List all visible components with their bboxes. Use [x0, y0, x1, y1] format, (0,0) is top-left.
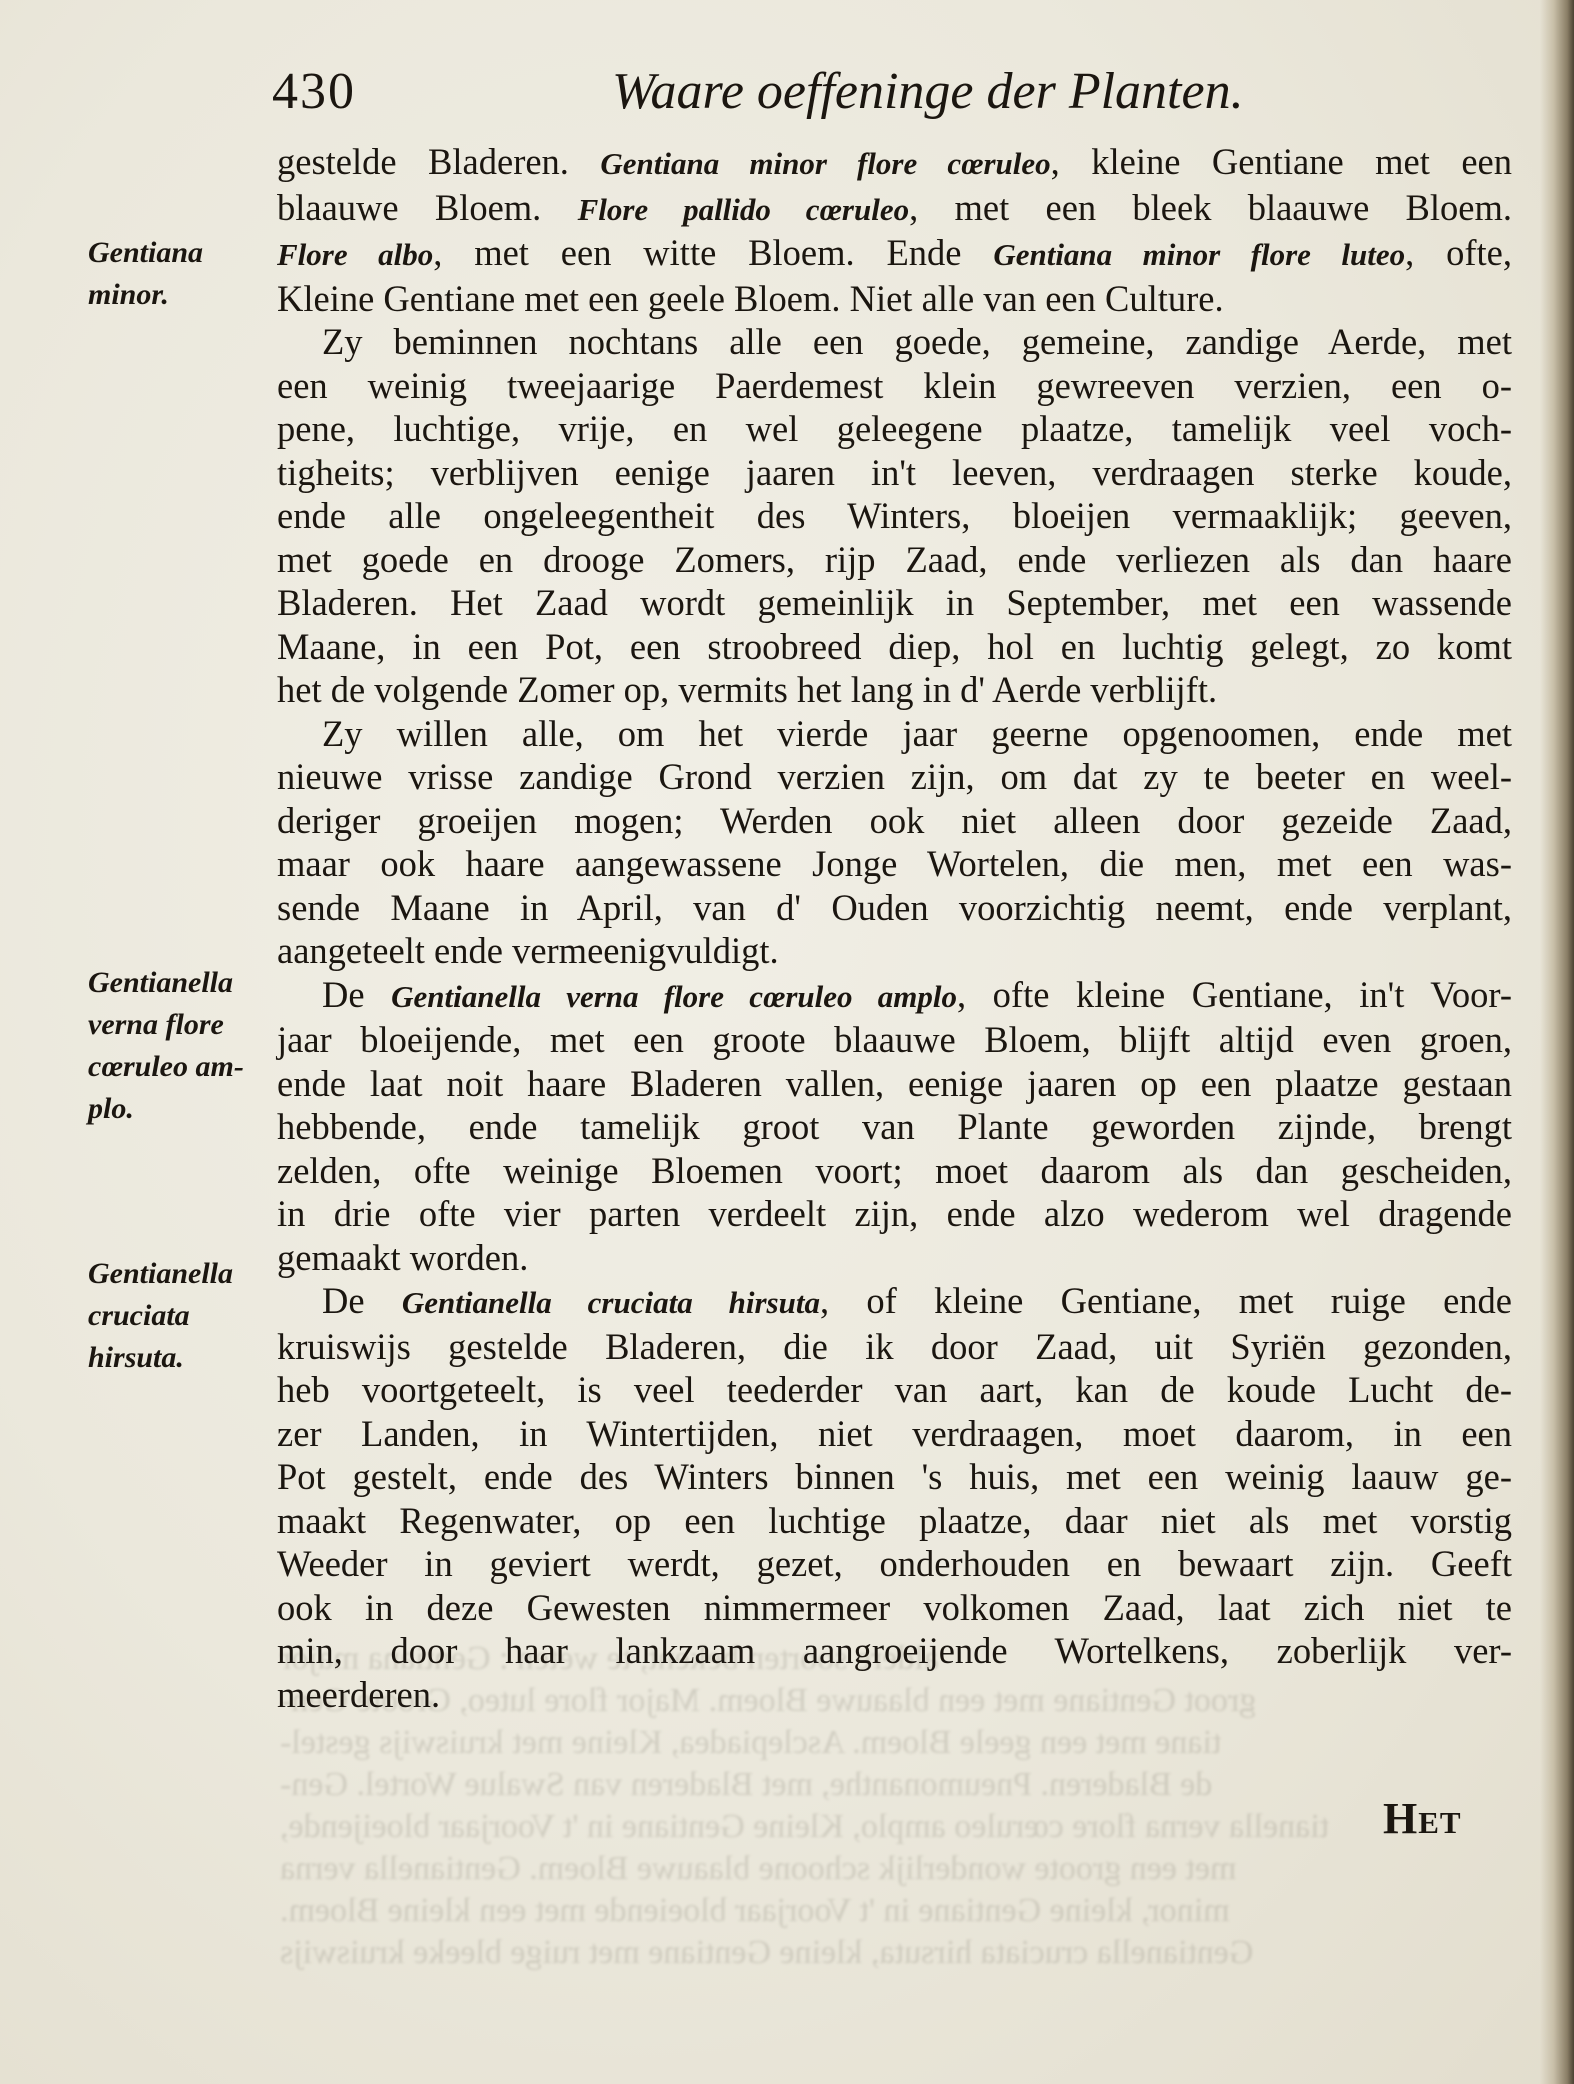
text-segment: zelden, ofte weinige Bloemen voort; moet…	[277, 1150, 1512, 1191]
text-segment: jaar bloeijende, met een groote blaauwe …	[277, 1019, 1512, 1060]
latin-name: Flore pallido cœruleo	[578, 192, 910, 227]
text-segment: aangeteelt ende vermeenigvuldigt.	[277, 930, 779, 971]
text-segment: zer Landen, in Wintertijden, niet verdra…	[277, 1413, 1512, 1454]
text-segment: Bladeren. Het Zaad wordt gemeinlijk in S…	[277, 582, 1512, 623]
latin-name: Gentiana minor flore cœruleo	[600, 146, 1050, 181]
text-segment: Maane, in een Pot, een stroobreed diep, …	[277, 626, 1512, 667]
paragraph: gestelde Bladeren. Gentiana minor flore …	[277, 140, 1512, 320]
text-segment: Zy beminnen nochtans alle een goede, gem…	[322, 321, 1512, 362]
ghost-line: tiane met een geele Bloem. Asclepiadea, …	[280, 1724, 1221, 1762]
text-line: hebbende, ende tamelijk groot van Plante…	[277, 1105, 1512, 1149]
text-line: het de volgende Zomer op, vermits het la…	[277, 668, 1512, 712]
text-line: min, door haar lankzaam aangroeijende Wo…	[277, 1629, 1512, 1673]
text-line: De Gentianella verna flore cœruleo amplo…	[277, 973, 1512, 1019]
text-segment: , kleine Gentiane met een	[1051, 141, 1512, 182]
text-line: meerderen.	[277, 1673, 1512, 1717]
margin-note-line: Gentianella	[88, 1253, 273, 1295]
text-segment: maakt Regenwater, op een luchtige plaatz…	[277, 1500, 1512, 1541]
text-segment: De	[322, 1280, 402, 1321]
text-segment: met goede en drooge Zomers, rijp Zaad, e…	[277, 539, 1512, 580]
margin-note-line: plo.	[88, 1088, 273, 1130]
text-segment: min, door haar lankzaam aangroeijende Wo…	[277, 1630, 1512, 1671]
text-segment: een weinig tweejaarige Paerdemest klein …	[277, 365, 1512, 406]
ghost-line: de Bladeren. Pneumonanthe, met Bladeren …	[280, 1766, 1212, 1804]
text-line: ende alle ongeleegentheit des Winters, b…	[277, 494, 1512, 538]
paragraph: De Gentianella cruciata hirsuta, of klei…	[277, 1279, 1512, 1716]
text-line: deriger groeijen mogen; Werden ook niet …	[277, 799, 1512, 843]
text-segment: maar ook haare aangewassene Jonge Wortel…	[277, 843, 1512, 884]
text-segment: , ofte kleine Gentiane, in't Voor-	[957, 974, 1512, 1015]
text-segment: , ofte,	[1405, 232, 1512, 273]
margin-note: Gentianellaverna florecœruleo am-plo.	[88, 962, 273, 1130]
text-segment: Weeder in geviert werdt, gezet, onderhou…	[277, 1543, 1512, 1584]
text-segment: ende laat noit haare Bladeren vallen, ee…	[277, 1063, 1512, 1104]
margin-note: Gentianellacruciatahirsuta.	[88, 1253, 273, 1379]
text-line: maakt Regenwater, op een luchtige plaatz…	[277, 1499, 1512, 1543]
ghost-line: tianella verna flore cœruleo amplo, Klei…	[280, 1808, 1329, 1846]
latin-name: Gentiana minor flore luteo	[993, 237, 1405, 272]
body-text: gestelde Bladeren. Gentiana minor flore …	[277, 140, 1512, 1716]
text-segment: sende Maane in April, van d' Ouden voorz…	[277, 887, 1512, 928]
book-page: aldere soorten bekent, te weten : Gentia…	[0, 0, 1574, 2084]
text-segment: het de volgende Zomer op, vermits het la…	[277, 669, 1217, 710]
text-segment: in drie ofte vier parten verdeelt zijn, …	[277, 1193, 1512, 1234]
text-segment: , met een bleek blaauwe Bloem.	[909, 187, 1512, 228]
text-line: Maane, in een Pot, een stroobreed diep, …	[277, 625, 1512, 669]
text-line: Weeder in geviert werdt, gezet, onderhou…	[277, 1542, 1512, 1586]
text-line: zelden, ofte weinige Bloemen voort; moet…	[277, 1149, 1512, 1193]
text-segment: ook in deze Gewesten nimmermeer volkomen…	[277, 1587, 1512, 1628]
text-segment: blaauwe Bloem.	[277, 187, 578, 228]
text-line: aangeteelt ende vermeenigvuldigt.	[277, 929, 1512, 973]
text-line: Bladeren. Het Zaad wordt gemeinlijk in S…	[277, 581, 1512, 625]
text-line: nieuwe vrisse zandige Grond verzien zijn…	[277, 755, 1512, 799]
text-segment: kruiswijs gestelde Bladeren, die ik door…	[277, 1326, 1512, 1367]
page-header: 430 Waare oeffeninge der Planten.	[272, 62, 1512, 132]
text-segment: , of kleine Gentiane, met ruige ende	[820, 1280, 1512, 1321]
text-line: heb voortgeteelt, is veel teederder van …	[277, 1368, 1512, 1412]
text-segment: gestelde Bladeren.	[277, 141, 600, 182]
ghost-line: minor, kleine Gentiane in 't Voorjaar bl…	[280, 1892, 1230, 1930]
latin-name: Gentianella verna flore cœruleo amplo	[391, 979, 957, 1014]
book-gutter-shadow	[1540, 0, 1574, 2084]
text-line: Kleine Gentiane met een geele Bloem. Nie…	[277, 277, 1512, 321]
ghost-line: met een groote wonderlijk schoone blaauw…	[280, 1850, 1236, 1888]
running-title: Waare oeffeninge der Planten.	[612, 62, 1244, 121]
text-segment: deriger groeijen mogen; Werden ook niet …	[277, 800, 1512, 841]
text-line: gemaakt worden.	[277, 1236, 1512, 1280]
text-line: kruiswijs gestelde Bladeren, die ik door…	[277, 1325, 1512, 1369]
text-segment: , met een witte Bloem. Ende	[433, 232, 993, 273]
text-segment: nieuwe vrisse zandige Grond verzien zijn…	[277, 756, 1512, 797]
margin-note-line: cruciata	[88, 1295, 273, 1337]
text-line: maar ook haare aangewassene Jonge Wortel…	[277, 842, 1512, 886]
text-segment: hebbende, ende tamelijk groot van Plante…	[277, 1106, 1512, 1147]
paragraph: De Gentianella verna flore cœruleo amplo…	[277, 973, 1512, 1280]
text-segment: heb voortgeteelt, is veel teederder van …	[277, 1369, 1512, 1410]
text-segment: De	[322, 974, 391, 1015]
text-line: sende Maane in April, van d' Ouden voorz…	[277, 886, 1512, 930]
latin-name: Flore albo	[277, 237, 433, 272]
paragraph: Zy willen alle, om het vierde jaar geern…	[277, 712, 1512, 973]
margin-note-line: minor.	[88, 274, 273, 316]
text-segment: pene, luchtige, vrije, en wel geleegene …	[277, 408, 1512, 449]
text-line: een weinig tweejaarige Paerdemest klein …	[277, 364, 1512, 408]
text-line: Pot gestelt, ende des Winters binnen 's …	[277, 1455, 1512, 1499]
text-line: zer Landen, in Wintertijden, niet verdra…	[277, 1412, 1512, 1456]
text-segment: tigheits; verblijven eenige jaaren in't …	[277, 452, 1512, 493]
text-line: gestelde Bladeren. Gentiana minor flore …	[277, 140, 1512, 186]
margin-note-line: verna flore	[88, 1004, 273, 1046]
text-line: De Gentianella cruciata hirsuta, of klei…	[277, 1279, 1512, 1325]
text-segment: Pot gestelt, ende des Winters binnen 's …	[277, 1456, 1512, 1497]
margin-note-line: Gentianella	[88, 962, 273, 1004]
text-line: Flore albo, met een witte Bloem. Ende Ge…	[277, 231, 1512, 277]
margin-note: Gentianaminor.	[88, 232, 273, 316]
text-line: Zy willen alle, om het vierde jaar geern…	[277, 712, 1512, 756]
text-segment: Kleine Gentiane met een geele Bloem. Nie…	[277, 278, 1224, 319]
text-line: pene, luchtige, vrije, en wel geleegene …	[277, 407, 1512, 451]
text-line: ook in deze Gewesten nimmermeer volkomen…	[277, 1586, 1512, 1630]
text-line: Zy beminnen nochtans alle een goede, gem…	[277, 320, 1512, 364]
text-segment: ende alle ongeleegentheit des Winters, b…	[277, 495, 1512, 536]
paragraph: Zy beminnen nochtans alle een goede, gem…	[277, 320, 1512, 712]
text-line: jaar bloeijende, met een groote blaauwe …	[277, 1018, 1512, 1062]
page-number: 430	[272, 62, 356, 121]
text-segment: gemaakt worden.	[277, 1237, 528, 1278]
text-line: in drie ofte vier parten verdeelt zijn, …	[277, 1192, 1512, 1236]
margin-note-line: cœruleo am-	[88, 1046, 273, 1088]
ghost-line: Gentianella cruciata hirsuta, kleine Gen…	[280, 1934, 1253, 1972]
latin-name: Gentianella cruciata hirsuta	[402, 1285, 820, 1320]
text-segment: Zy willen alle, om het vierde jaar geern…	[322, 713, 1512, 754]
text-line: ende laat noit haare Bladeren vallen, ee…	[277, 1062, 1512, 1106]
catchword: Het	[1383, 1793, 1462, 1844]
text-line: met goede en drooge Zomers, rijp Zaad, e…	[277, 538, 1512, 582]
text-line: tigheits; verblijven eenige jaaren in't …	[277, 451, 1512, 495]
margin-note-line: hirsuta.	[88, 1337, 273, 1379]
text-segment: meerderen.	[277, 1674, 440, 1715]
text-line: blaauwe Bloem. Flore pallido cœruleo, me…	[277, 186, 1512, 232]
margin-note-line: Gentiana	[88, 232, 273, 274]
